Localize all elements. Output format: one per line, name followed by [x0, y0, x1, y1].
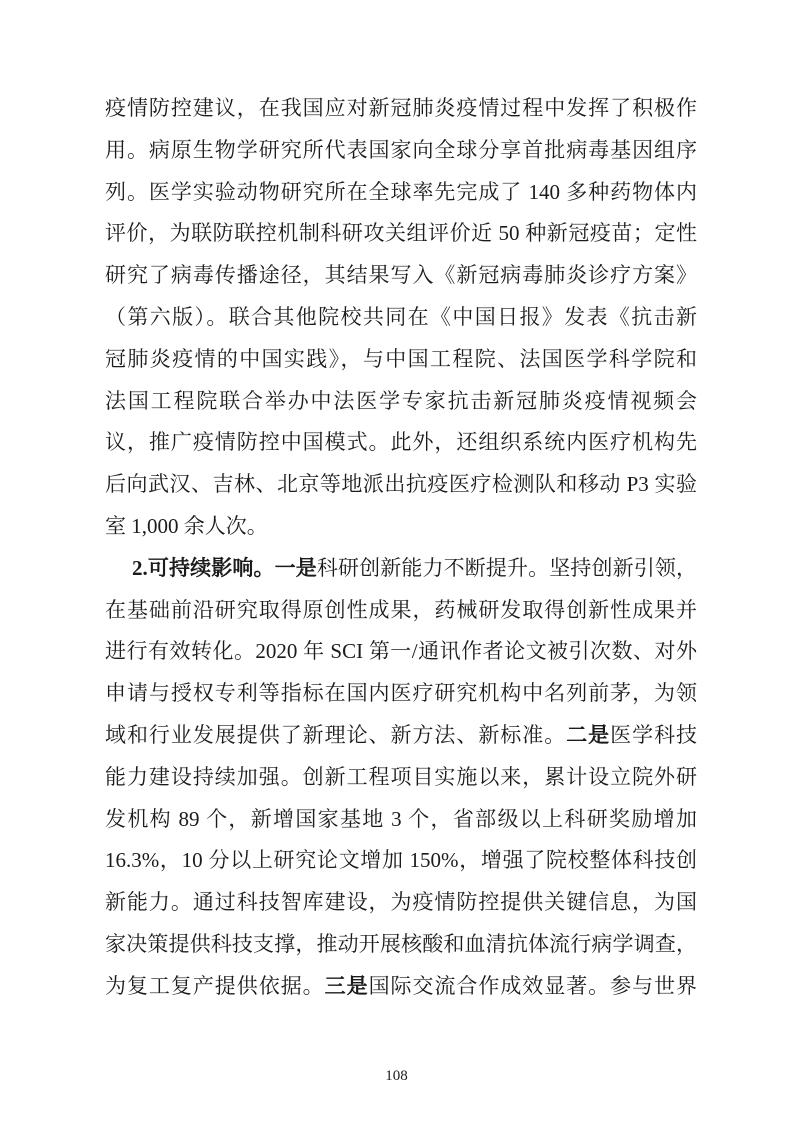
- text-segment: 为复工复产提供依据。: [105, 974, 325, 998]
- text-segment: （第六版）。联合其他院校共同在《中国日报》发表《抗击新: [105, 305, 697, 329]
- text-line: 家决策提供科技支撑，推动开展核酸和血清抗体流行病学调查，: [105, 924, 697, 966]
- document-page: 疫情防控建议，在我国应对新冠肺炎疫情过程中发挥了积极作用。病原生物学研究所代表国…: [0, 0, 793, 1122]
- text-line: 新能力。通过科技智库建设，为疫情防控提供关键信息，为国: [105, 882, 697, 924]
- text-segment: 能力建设持续加强。创新工程项目实施以来，累计设立院外研: [105, 765, 697, 789]
- text-line: 发机构 89 个，新增国家基地 3 个，省部级以上科研奖励增加: [105, 799, 697, 841]
- text-segment: 进行有效转化。2020 年 SCI 第一/通讯作者论文被引次数、对外: [105, 639, 697, 663]
- text-segment: 科研创新能力不断提升。坚持创新引领，: [317, 556, 697, 580]
- text-segment: 发机构 89 个，新增国家基地 3 个，省部级以上科研奖励增加: [105, 807, 697, 831]
- text-segment: 医学科技: [610, 723, 697, 747]
- text-segment: 16.3%，10 分以上研究论文增加 150%，增强了院校整体科技创: [105, 848, 697, 872]
- text-segment: 申请与授权专利等指标在国内医疗研究机构中名列前茅，为领: [105, 681, 697, 705]
- text-segment: 评价，为联防联控机制科研攻关组评价近 50 种新冠疫苗；定性: [105, 221, 697, 245]
- text-line: 冠肺炎疫情的中国实践》，与中国工程院、法国医学科学院和: [105, 339, 697, 381]
- text-line: 后向武汉、吉林、北京等地派出抗疫医疗检测队和移动 P3 实验: [105, 464, 697, 506]
- text-segment: 后向武汉、吉林、北京等地派出抗疫医疗检测队和移动 P3 实验: [105, 472, 697, 496]
- text-segment: 法国工程院联合举办中法医学专家抗击新冠肺炎疫情视频会: [105, 389, 697, 413]
- emphasis-text: 二是: [566, 723, 610, 747]
- page-number: 108: [0, 1066, 793, 1086]
- text-segment: 家决策提供科技支撑，推动开展核酸和血清抗体流行病学调查，: [105, 932, 697, 956]
- body-text: 疫情防控建议，在我国应对新冠肺炎疫情过程中发挥了积极作用。病原生物学研究所代表国…: [105, 88, 697, 1008]
- text-line: 域和行业发展提供了新理论、新方法、新标准。二是医学科技: [105, 715, 697, 757]
- emphasis-text: 三是: [325, 974, 369, 998]
- text-line: 室 1,000 余人次。: [105, 506, 697, 548]
- text-line: 法国工程院联合举办中法医学专家抗击新冠肺炎疫情视频会: [105, 381, 697, 423]
- text-line: 疫情防控建议，在我国应对新冠肺炎疫情过程中发挥了积极作: [105, 88, 697, 130]
- text-segment: 新能力。通过科技智库建设，为疫情防控提供关键信息，为国: [105, 890, 697, 914]
- text-segment: 冠肺炎疫情的中国实践》，与中国工程院、法国医学科学院和: [105, 347, 697, 371]
- text-segment: 在基础前沿研究取得原创性成果，药械研发取得创新性成果并: [105, 598, 697, 622]
- text-segment: 疫情防控建议，在我国应对新冠肺炎疫情过程中发挥了积极作: [105, 96, 697, 120]
- text-line: 为复工复产提供依据。三是国际交流合作成效显著。参与世界: [105, 966, 697, 1008]
- text-segment: 议，推广疫情防控中国模式。此外，还组织系统内医疗机构先: [105, 430, 697, 454]
- text-line: 研究了病毒传播途径，其结果写入《新冠病毒肺炎诊疗方案》: [105, 255, 697, 297]
- text-segment: 列。医学实验动物研究所在全球率先完成了 140 多种药物体内: [105, 180, 697, 204]
- text-segment: 用。病原生物学研究所代表国家向全球分享首批病毒基因组序: [105, 138, 697, 162]
- text-line: 评价，为联防联控机制科研攻关组评价近 50 种新冠疫苗；定性: [105, 213, 697, 255]
- text-segment: 室 1,000 余人次。: [105, 514, 268, 538]
- text-line: 列。医学实验动物研究所在全球率先完成了 140 多种药物体内: [105, 172, 697, 214]
- text-line: （第六版）。联合其他院校共同在《中国日报》发表《抗击新: [105, 297, 697, 339]
- text-segment: 研究了病毒传播途径，其结果写入《新冠病毒肺炎诊疗方案》: [105, 263, 697, 287]
- text-line: 用。病原生物学研究所代表国家向全球分享首批病毒基因组序: [105, 130, 697, 172]
- text-line: 能力建设持续加强。创新工程项目实施以来，累计设立院外研: [105, 757, 697, 799]
- text-line: 2.可持续影响。一是科研创新能力不断提升。坚持创新引领，: [105, 548, 697, 590]
- text-segment: 国际交流合作成效显著。参与世界: [369, 974, 697, 998]
- text-line: 在基础前沿研究取得原创性成果，药械研发取得创新性成果并: [105, 590, 697, 632]
- text-line: 申请与授权专利等指标在国内医疗研究机构中名列前茅，为领: [105, 673, 697, 715]
- text-segment: 域和行业发展提供了新理论、新方法、新标准。: [105, 723, 566, 747]
- text-line: 进行有效转化。2020 年 SCI 第一/通讯作者论文被引次数、对外: [105, 631, 697, 673]
- text-line: 议，推广疫情防控中国模式。此外，还组织系统内医疗机构先: [105, 422, 697, 464]
- text-line: 16.3%，10 分以上研究论文增加 150%，增强了院校整体科技创: [105, 840, 697, 882]
- emphasis-text: 2.可持续影响。一是: [132, 556, 317, 580]
